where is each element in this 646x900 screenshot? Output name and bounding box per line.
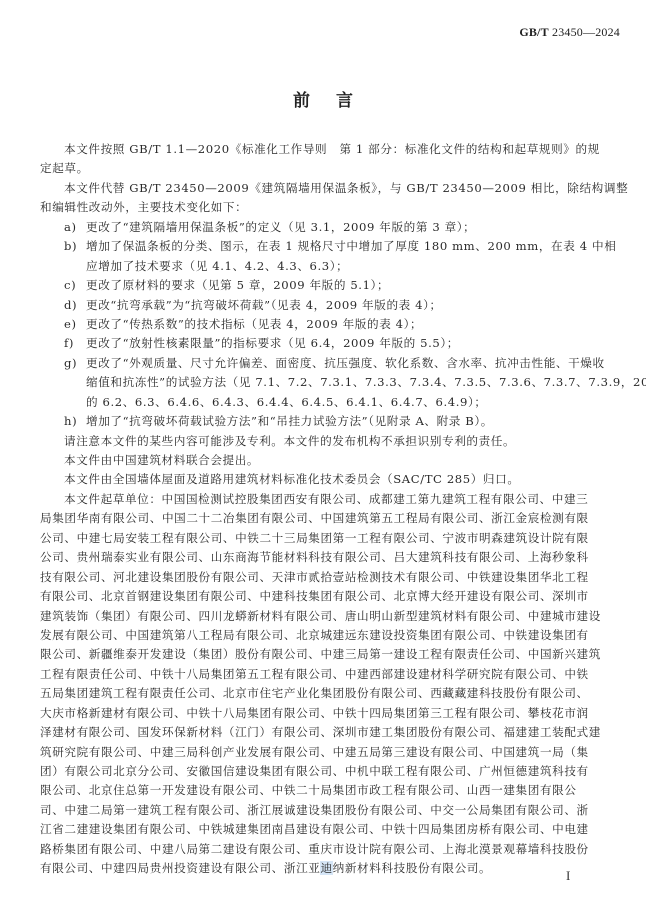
text-line: 本文件代替 GB/T 23450—2009《建筑隔墙用保温条板》，与 GB/T … (40, 179, 622, 198)
list-label: b) (64, 237, 86, 256)
list-label: h) (64, 412, 86, 431)
list-item-d: d)更改“抗弯承载”为“抗弯破坏荷载”（见表 4，2009 年版的表 4）； (40, 296, 622, 315)
text-line: 五局集团建筑工程有限责任公司、北京市住宅产业化集团股份有限公司、西藏藏建科技股份… (40, 684, 622, 703)
list-text: 缩值和抗冻性”的试验方法（见 7.1、7.2、7.3.1、7.3.3、7.3.4… (40, 373, 622, 392)
list-item-f: f)更改了“放射性核素限量”的指标要求（见 6.4，2009 年版的 5.5）； (40, 334, 622, 353)
paragraph-replacement: 本文件代替 GB/T 23450—2009《建筑隔墙用保温条板》，与 GB/T … (40, 179, 622, 218)
list-text: 更改了“传热系数”的技术指标（见表 4，2009 年版的表 4）； (86, 317, 422, 331)
page-number: I (566, 868, 570, 884)
text-line: 和编辑性改动外，主要技术变化如下： (40, 198, 622, 217)
list-item-h: h)增加了“抗弯破坏荷载试验方法”和“吊挂力试验方法”（见附录 A、附录 B）。 (40, 412, 622, 431)
list-item-g: g)更改了“外观质量、尺寸允许偏差、面密度、抗压强度、软化系数、含水率、抗冲击性… (40, 354, 622, 412)
text-line: 有限公司、北京首钢建设集团有限公司、中建科技集团有限公司、北京博大经开建设有限公… (40, 587, 622, 606)
list-item-b: b)增加了保温条板的分类、图示，在表 1 规格尺寸中增加了厚度 180 mm、2… (40, 237, 622, 276)
text-line: 限公司、新疆维泰开发建设（集团）股份有限公司、中建三局第一建设工程有限责任公司、… (40, 645, 622, 664)
list-text: 更改了原材料的要求（见第 5 章，2009 年版的 5.1）； (86, 278, 389, 292)
text-line: 本文件起草单位：中国国检测试控股集团西安有限公司、成都建工第九建筑工程有限公司、… (40, 490, 622, 509)
list-text: 更改“抗弯承载”为“抗弯破坏荷载”（见表 4，2009 年版的表 4）； (86, 298, 442, 312)
list-text: 增加了保温条板的分类、图示，在表 1 规格尺寸中增加了厚度 180 mm、200… (86, 239, 616, 253)
text-line: 本文件按照 GB/T 1.1—2020《标准化工作导则 第 1 部分：标准化文件… (40, 140, 622, 159)
list-item-a: a)更改了“建筑隔墙用保温条板”的定义（见 3.1，2009 年版的第 3 章）… (40, 218, 622, 237)
list-label: c) (64, 276, 86, 295)
text-line: 江省二建建设集团有限公司、中铁城建集团南昌建设有限公司、中铁十四局集团房桥有限公… (40, 820, 622, 839)
paragraph-drafting-rules: 本文件按照 GB/T 1.1—2020《标准化工作导则 第 1 部分：标准化文件… (40, 140, 622, 179)
list-text: 更改了“放射性核素限量”的指标要求（见 6.4，2009 年版的 5.5）； (86, 336, 459, 350)
list-label: e) (64, 315, 86, 334)
preface-body: 本文件按照 GB/T 1.1—2020《标准化工作导则 第 1 部分：标准化文件… (40, 140, 622, 879)
text-line: 建筑装饰（集团）有限公司、四川龙蟒新材料有限公司、唐山明山新型建筑材料有限公司、… (40, 607, 622, 626)
committee-statement: 本文件由全国墙体屋面及道路用建筑材料标准化技术委员会（SAC/TC 285）归口… (40, 470, 622, 489)
text-line: 发展有限公司、中国建筑第八工程局有限公司、北京城建远东建设投资集团有限公司、中铁… (40, 626, 622, 645)
list-label: a) (64, 218, 86, 237)
list-text: 的 6.2、6.3、6.4.6、6.4.3、6.4.4、6.4.5、6.4.1、… (40, 393, 622, 412)
text-line: 泽建材有限公司、国发环保新材料（江门）有限公司、深圳市建工集团股份有限公司、福建… (40, 723, 622, 742)
list-label: g) (64, 354, 86, 373)
text-line: 局集团华南有限公司、中国二十二冶集团有限公司、中国建筑第五工程局有限公司、浙江金… (40, 509, 622, 528)
standard-code-header: GB/T 23450—2024 (519, 25, 620, 40)
list-item-c: c)更改了原材料的要求（见第 5 章，2009 年版的 5.1）； (40, 276, 622, 295)
text-line-last: 有限公司、中建四局贵州投资建设有限公司、浙江亚迪纳新材料科技股份有限公司。 (40, 859, 622, 878)
patent-notice: 请注意本文件的某些内容可能涉及专利。本文件的发布机构不承担识别专利的责任。 (40, 432, 622, 451)
text-line: 工程有限责任公司、中铁十八局集团第五工程有限公司、中建西部建设建材科学研究院有限… (40, 665, 622, 684)
standard-code-prefix: GB/T (519, 25, 548, 39)
text-selection-highlight[interactable]: 迪 (320, 861, 332, 875)
list-text: 更改了“建筑隔墙用保温条板”的定义（见 3.1，2009 年版的第 3 章）； (86, 220, 475, 234)
text-line: 定起草。 (40, 159, 622, 178)
text-line: 团）有限公司北京分公司、安徽国信建设集团有限公司、中机中联工程有限公司、广州恒德… (40, 762, 622, 781)
changes-list: a)更改了“建筑隔墙用保温条板”的定义（见 3.1，2009 年版的第 3 章）… (40, 218, 622, 432)
list-text: 更改了“外观质量、尺寸允许偏差、面密度、抗压强度、软化系数、含水率、抗冲击性能、… (86, 356, 605, 370)
list-label: d) (64, 296, 86, 315)
page-title: 前言 (0, 86, 646, 111)
text-line: 公司、中建七局安装工程有限公司、中铁二十三局集团第一工程有限公司、宁波市明森建筑… (40, 529, 622, 548)
drafting-organizations: 本文件起草单位：中国国检测试控股集团西安有限公司、成都建工第九建筑工程有限公司、… (40, 490, 622, 879)
text-line: 限公司、北京住总第一开发建设有限公司、中铁二十局集团市政工程有限公司、山西一建集… (40, 781, 622, 800)
standard-code-number: 23450—2024 (552, 25, 620, 39)
text-line: 大庆市格新建材有限公司、中铁十八局集团有限公司、中铁十四局集团第三工程有限公司、… (40, 704, 622, 723)
proposer-statement: 本文件由中国建筑材料联合会提出。 (40, 451, 622, 470)
list-text: 应增加了技术要求（见 4.1、4.2、4.3、6.3）； (40, 257, 622, 276)
text-line: 路桥集团有限公司、中建八局第二建设有限公司、重庆市设计院有限公司、上海北漠景观幕… (40, 840, 622, 859)
list-item-e: e)更改了“传热系数”的技术指标（见表 4，2009 年版的表 4）； (40, 315, 622, 334)
list-label: f) (64, 334, 86, 353)
text-line: 技有限公司、河北建设集团股份有限公司、天津市贰拾壹站检测技术有限公司、中铁建设集… (40, 568, 622, 587)
text-line: 筑研究院有限公司、中建三局科创产业发展有限公司、中建五局第三建设有限公司、中国建… (40, 743, 622, 762)
text-line: 公司、贵州瑞泰实业有限公司、山东商海节能材料科技有限公司、吕大建筑科技有限公司、… (40, 548, 622, 567)
text-line: 司、中建二局第一建筑工程有限公司、浙江展诚建设集团股份有限公司、中交一公局集团有… (40, 801, 622, 820)
list-text: 增加了“抗弯破坏荷载试验方法”和“吊挂力试验方法”（见附录 A、附录 B）。 (86, 414, 493, 428)
